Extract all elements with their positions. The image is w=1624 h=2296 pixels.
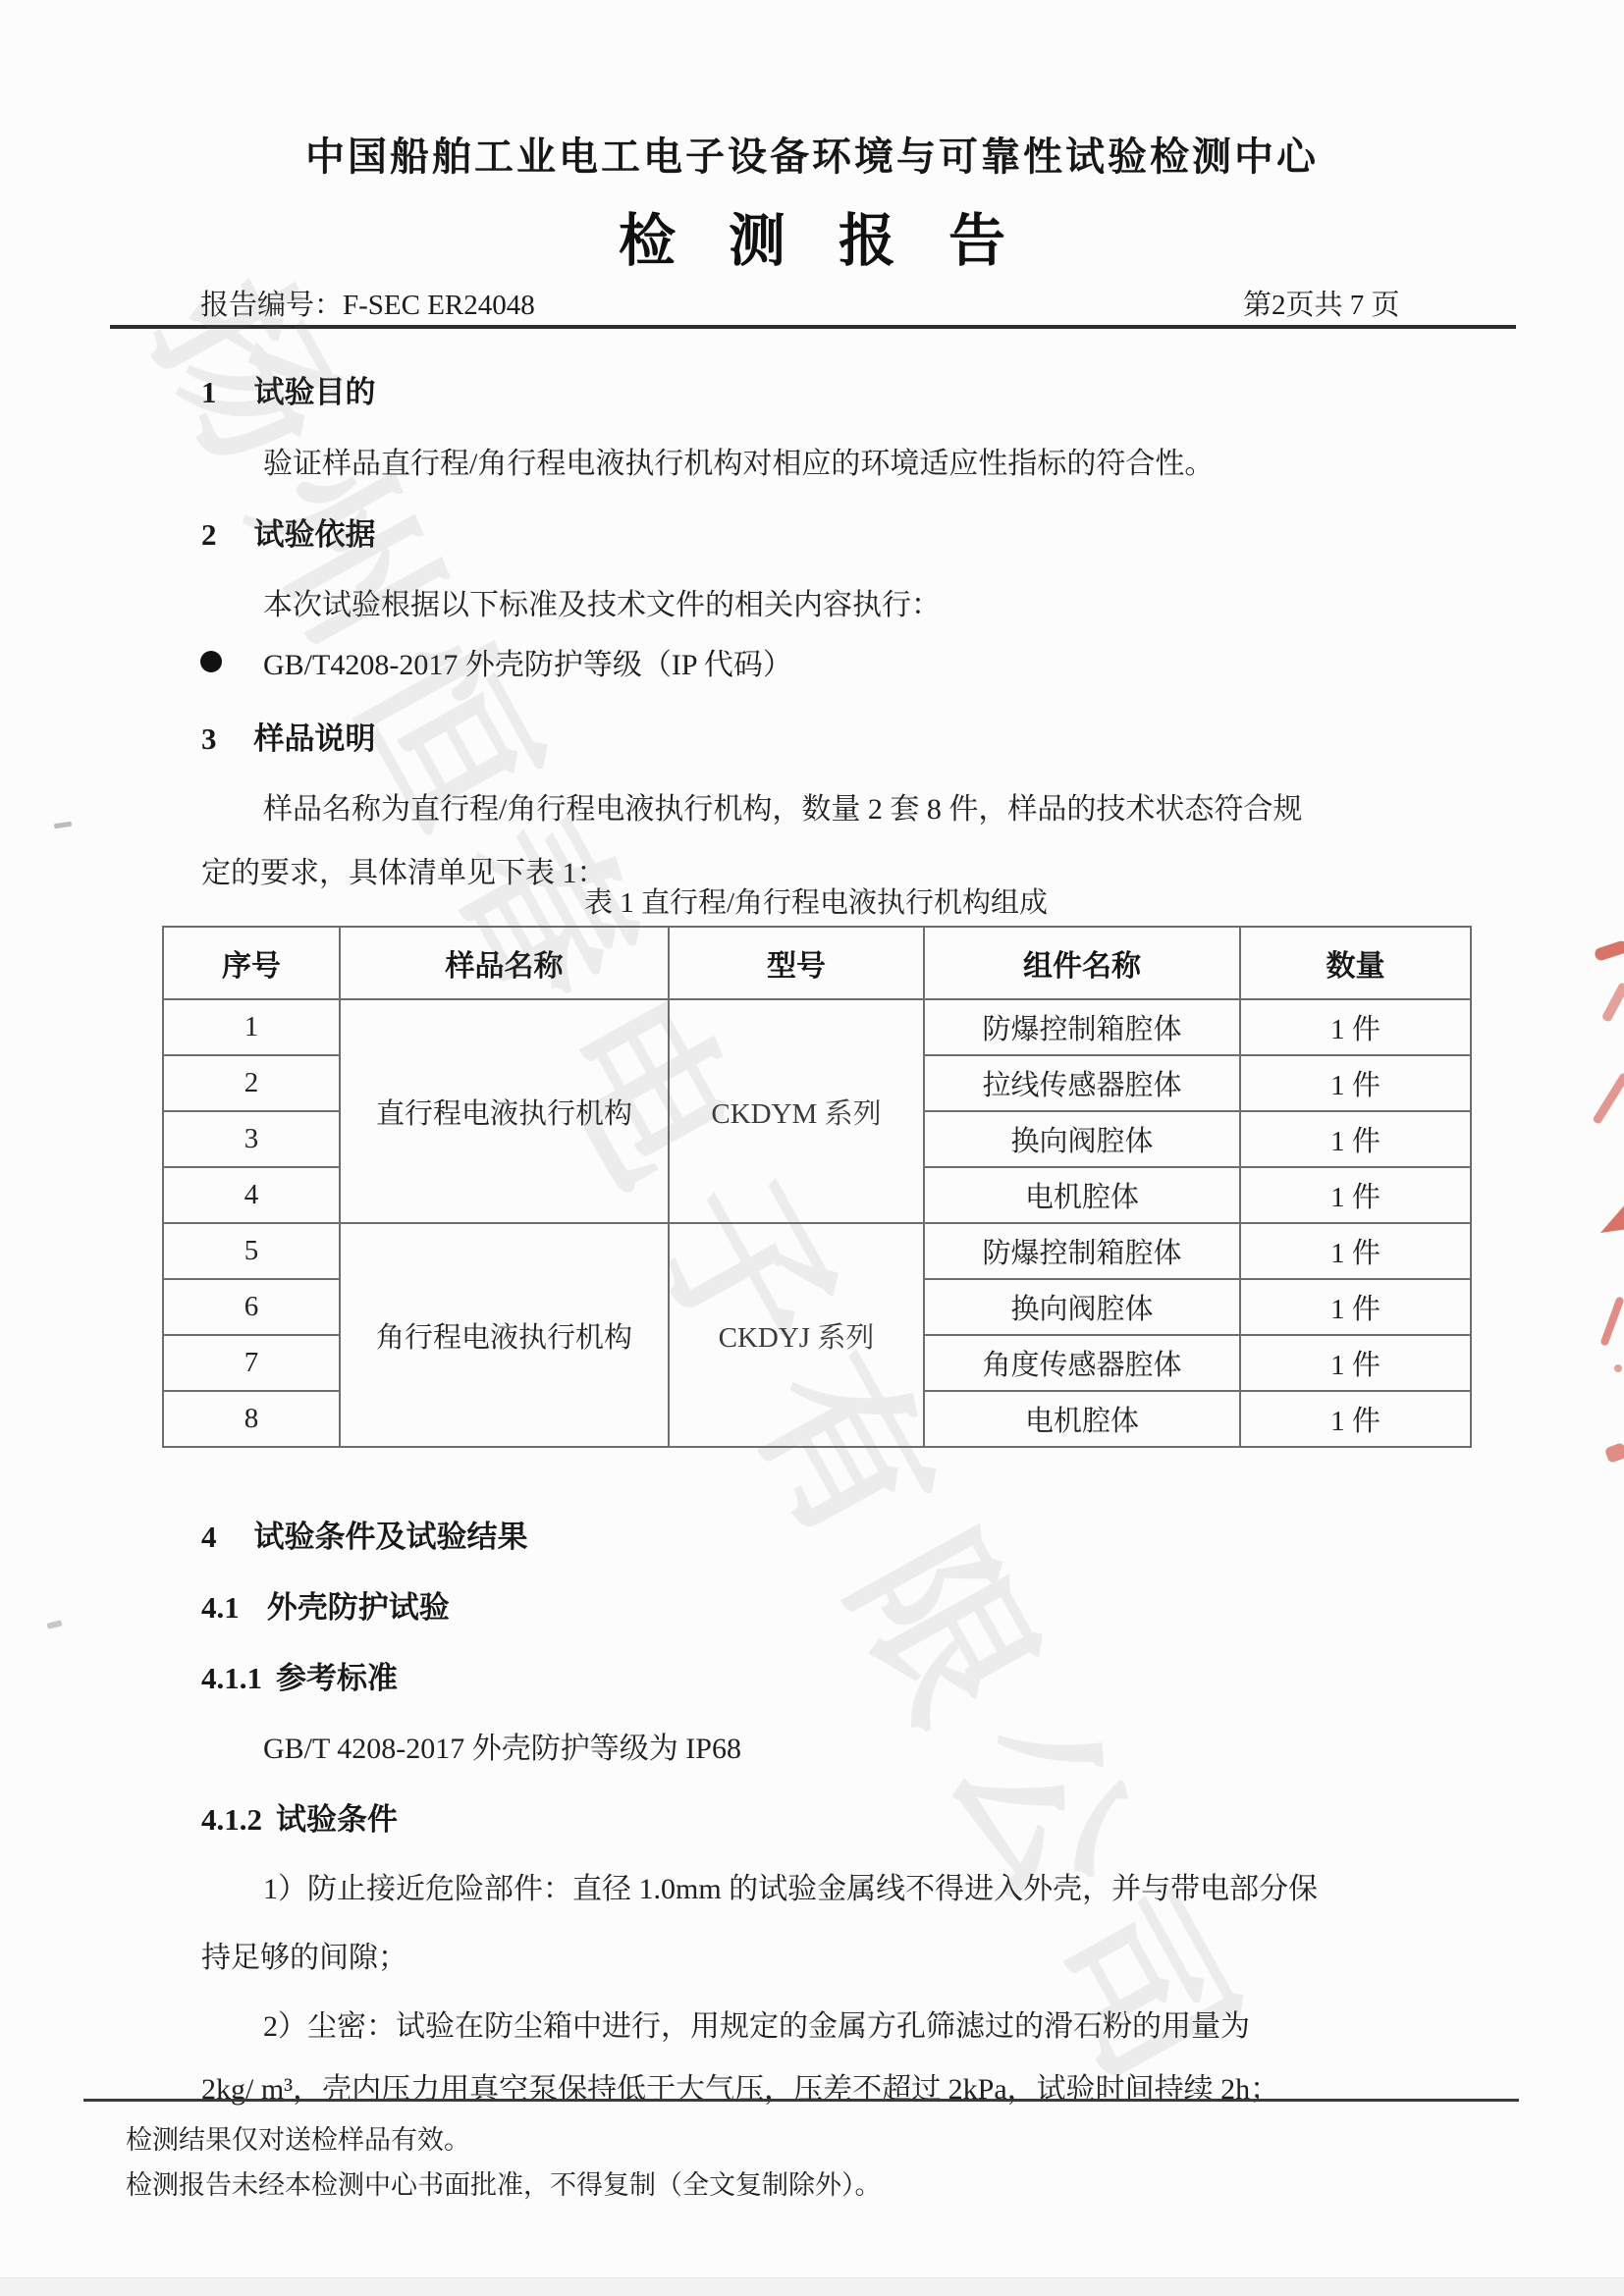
section-4-1-heading: 4.1 外壳防护试验	[201, 1582, 450, 1627]
qty-cell: 1 件	[1240, 1335, 1471, 1391]
row-index: 1	[163, 999, 340, 1055]
page-number: 第2页共 7 页	[1243, 283, 1400, 323]
row-index: 7	[163, 1335, 340, 1391]
qty-cell: 1 件	[1240, 1167, 1471, 1223]
col-header-model: 型号	[669, 927, 924, 999]
section-4-heading: 4 试验条件及试验结果	[201, 1512, 528, 1556]
col-header-name: 样品名称	[340, 927, 669, 999]
stamp-fragment	[1604, 1442, 1624, 1464]
stamp-fragment	[1597, 1203, 1624, 1233]
section-title: 外壳防护试验	[267, 1582, 450, 1627]
table-row: 1 直行程电液执行机构 CKDYM 系列 防爆控制箱腔体 1 件	[163, 999, 1471, 1055]
table-row: 5 角行程电液执行机构 CKDYJ 系列 防爆控制箱腔体 1 件	[163, 1223, 1471, 1279]
component-cell: 角度传感器腔体	[924, 1335, 1240, 1391]
table-header-row: 序号 样品名称 型号 组件名称 数量	[163, 927, 1471, 999]
section-1-heading: 1 试验目的	[201, 367, 376, 411]
col-header-component: 组件名称	[924, 927, 1240, 999]
row-index: 5	[163, 1223, 340, 1279]
organization-name: 中国船舶工业电工电子设备环境与可靠性试验检测中心	[0, 126, 1624, 182]
sample-name-cell: 角行程电液执行机构	[340, 1223, 669, 1447]
stamp-fragment	[1592, 1072, 1624, 1125]
footer-note-2: 检测报告未经本检测中心书面批准，不得复制（全文复制除外）。	[126, 2163, 882, 2202]
qty-cell: 1 件	[1240, 1111, 1471, 1167]
section-4-1-1-heading: 4.1.1 参考标准	[201, 1653, 398, 1697]
section-3-line-1: 样品名称为直行程/角行程电液执行机构，数量 2 套 8 件，样品的技术状态符合规	[263, 784, 1302, 828]
section-title: 参考标准	[276, 1653, 398, 1697]
section-number: 4	[201, 1520, 217, 1555]
section-1-paragraph: 验证样品直行程/角行程电液执行机构对相应的环境适应性指标的符合性。	[263, 439, 1214, 482]
col-header-qty: 数量	[1240, 927, 1471, 999]
stamp-fragment	[1601, 982, 1624, 1023]
section-title: 试验条件	[276, 1794, 398, 1839]
row-index: 2	[163, 1055, 340, 1111]
reference-standard-paragraph: GB/T 4208-2017 外壳防护等级为 IP68	[263, 1724, 741, 1767]
section-title: 样品说明	[254, 714, 376, 758]
condition-1-line-1: 1）防止接近危险部件：直径 1.0mm 的试验金属线不得进入外壳，并与带电部分保	[263, 1864, 1318, 1907]
model-cell: CKDYM 系列	[669, 999, 924, 1223]
qty-cell: 1 件	[1240, 1223, 1471, 1279]
qty-cell: 1 件	[1240, 999, 1471, 1055]
section-number: 4.1	[201, 1590, 240, 1626]
component-cell: 防爆控制箱腔体	[924, 1223, 1240, 1279]
standard-bullet-item: GB/T4208-2017 外壳防护等级（IP 代码）	[200, 640, 792, 683]
row-index: 8	[163, 1391, 340, 1447]
section-number: 4.1.2	[201, 1802, 262, 1838]
section-number: 3	[201, 721, 217, 757]
section-title: 试验依据	[254, 509, 376, 554]
header-rule	[110, 325, 1516, 329]
row-index: 3	[163, 1111, 340, 1167]
model-cell: CKDYJ 系列	[669, 1223, 924, 1447]
section-number: 2	[201, 517, 217, 553]
section-number: 1	[201, 375, 217, 410]
stamp-fragment	[1614, 1364, 1622, 1372]
section-2-heading: 2 试验依据	[201, 509, 376, 554]
document-title: 检测报告	[0, 194, 1624, 277]
row-index: 6	[163, 1279, 340, 1335]
qty-cell: 1 件	[1240, 1279, 1471, 1335]
component-cell: 电机腔体	[924, 1167, 1240, 1223]
sample-name-cell: 直行程电液执行机构	[340, 999, 669, 1223]
report-number: 报告编号：F-SEC ER24048	[200, 283, 535, 323]
section-title: 试验目的	[254, 367, 376, 411]
stamp-fragment	[1599, 1296, 1624, 1347]
sample-composition-table: 序号 样品名称 型号 组件名称 数量 1 直行程电液执行机构 CKDYM 系列 …	[162, 926, 1472, 1448]
table-caption: 表 1 直行程/角行程电液执行机构组成	[162, 881, 1470, 921]
component-cell: 换向阀腔体	[924, 1279, 1240, 1335]
scan-bottom-bar	[0, 2277, 1624, 2296]
component-cell: 电机腔体	[924, 1391, 1240, 1447]
section-3-heading: 3 样品说明	[201, 714, 376, 758]
section-4-1-2-heading: 4.1.2 试验条件	[201, 1794, 398, 1839]
col-header-index: 序号	[163, 927, 340, 999]
section-number: 4.1.1	[201, 1661, 262, 1696]
component-cell: 拉线传感器腔体	[924, 1055, 1240, 1111]
scan-artifact-dash	[46, 1620, 62, 1629]
footer-note-1: 检测结果仅对送检样品有效。	[126, 2118, 470, 2157]
report-page: 扬州恒春电子有限公司 中国船舶工业电工电子设备环境与可靠性试验检测中心 检测报告…	[0, 0, 1624, 2296]
component-cell: 换向阀腔体	[924, 1111, 1240, 1167]
footer-rule	[83, 2099, 1519, 2102]
stamp-fragment	[1594, 939, 1624, 962]
condition-1-line-2: 持足够的间隙；	[201, 1933, 407, 1976]
qty-cell: 1 件	[1240, 1055, 1471, 1111]
standard-reference: GB/T4208-2017 外壳防护等级（IP 代码）	[263, 640, 792, 683]
bullet-icon	[200, 651, 222, 672]
section-title: 试验条件及试验结果	[254, 1512, 528, 1556]
scan-artifact-dash	[54, 822, 73, 828]
row-index: 4	[163, 1167, 340, 1223]
section-2-paragraph: 本次试验根据以下标准及技术文件的相关内容执行：	[263, 580, 941, 623]
component-cell: 防爆控制箱腔体	[924, 999, 1240, 1055]
condition-2-line-1: 2）尘密：试验在防尘箱中进行，用规定的金属方孔筛滤过的滑石粉的用量为	[263, 2002, 1250, 2045]
qty-cell: 1 件	[1240, 1391, 1471, 1447]
